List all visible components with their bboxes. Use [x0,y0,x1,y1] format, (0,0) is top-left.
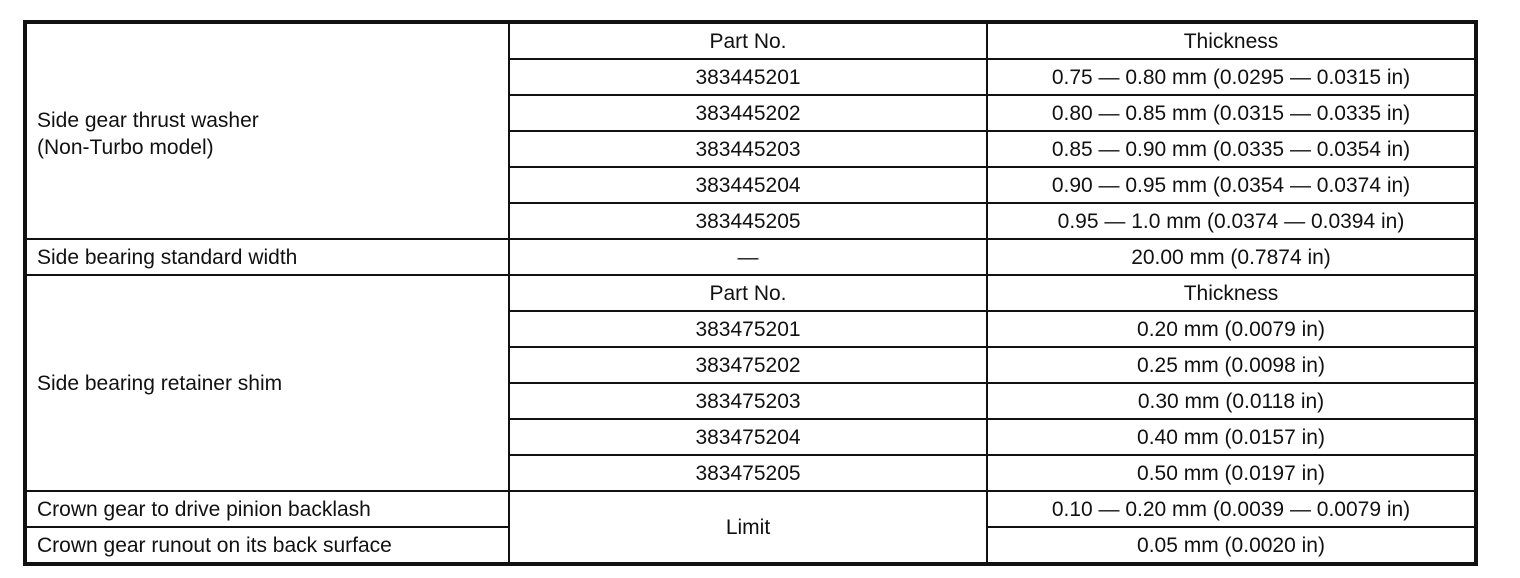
part-no-header: Part No. [509,275,987,311]
thickness-value: 0.40 mm (0.0157 in) [987,419,1476,455]
backlash-value: 0.10 — 0.20 mm (0.0039 — 0.0079 in) [987,491,1476,527]
runout-value: 0.05 mm (0.0020 in) [987,527,1476,564]
thickness-value: 0.80 — 0.85 mm (0.0315 — 0.0335 in) [987,95,1476,131]
part-number: 383445201 [509,59,987,95]
thickness-header: Thickness [987,275,1476,311]
table-row: Crown gear to drive pinion backlash Limi… [25,491,1476,527]
thickness-value: 0.50 mm (0.0197 in) [987,455,1476,491]
part-no-header: Part No. [509,22,987,59]
bearing-width-label: Side bearing standard width [25,239,509,275]
thickness-header: Thickness [987,22,1476,59]
part-number: 383445203 [509,131,987,167]
part-number: 383475201 [509,311,987,347]
thickness-value: 0.30 mm (0.0118 in) [987,383,1476,419]
thickness-value: 0.90 — 0.95 mm (0.0354 — 0.0374 in) [987,167,1476,203]
thickness-value: 0.25 mm (0.0098 in) [987,347,1476,383]
table-row: Side bearing standard width — 20.00 mm (… [25,239,1476,275]
part-number: 383475203 [509,383,987,419]
part-number: — [509,239,987,275]
thickness-value: 0.85 — 0.90 mm (0.0335 — 0.0354 in) [987,131,1476,167]
thickness-value: 0.95 — 1.0 mm (0.0374 — 0.0394 in) [987,203,1476,239]
thickness-value: 0.20 mm (0.0079 in) [987,311,1476,347]
retainer-shim-label: Side bearing retainer shim [25,275,509,491]
part-number: 383475204 [509,419,987,455]
part-number: 383445202 [509,95,987,131]
backlash-label: Crown gear to drive pinion backlash [25,491,509,527]
part-number: 383475202 [509,347,987,383]
part-number: 383475205 [509,455,987,491]
thrust-washer-label: Side gear thrust washer [37,107,508,134]
part-number: 383445205 [509,203,987,239]
table-row: Side gear thrust washer (Non-Turbo model… [25,22,1476,59]
specification-table: Side gear thrust washer (Non-Turbo model… [23,20,1478,566]
table-row: Side bearing retainer shim Part No. Thic… [25,275,1476,311]
runout-label: Crown gear runout on its back surface [25,527,509,564]
part-number: 383445204 [509,167,987,203]
limit-label: Limit [509,491,987,564]
thrust-washer-label-cell: Side gear thrust washer (Non-Turbo model… [25,22,509,239]
thickness-value: 0.75 — 0.80 mm (0.0295 — 0.0315 in) [987,59,1476,95]
thrust-washer-sublabel: (Non-Turbo model) [37,134,508,161]
bearing-width-value: 20.00 mm (0.7874 in) [987,239,1476,275]
